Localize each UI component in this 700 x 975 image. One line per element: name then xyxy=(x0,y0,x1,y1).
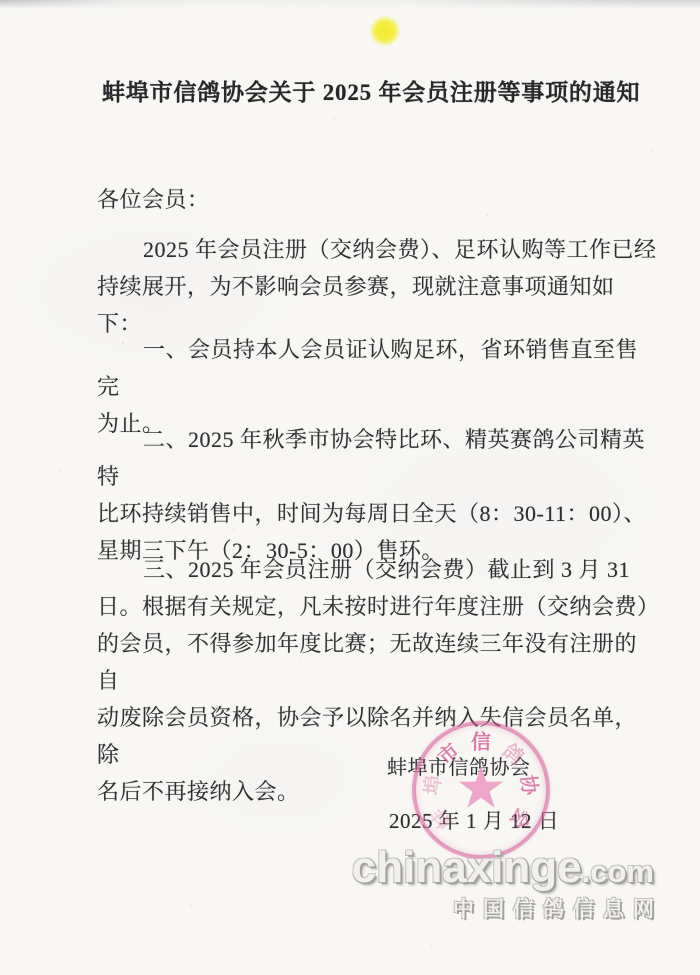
paragraph-line: 名后不再接纳入会。 xyxy=(97,773,657,810)
watermark-site-name-chinese: 中国信鸽信息网 xyxy=(352,893,663,923)
yellow-dot-artifact xyxy=(370,16,400,46)
issuer-signature: 蚌埠市信鸽协会 xyxy=(387,750,531,787)
chinaxinge-watermark: chinaxinge.com 中国信鸽信息网 xyxy=(352,846,654,923)
issue-date: 2025 年 1 月 12 日 xyxy=(389,803,559,840)
paragraph-line: 一、会员持本人会员证认购足环，省环销售直至售完 xyxy=(97,331,657,405)
paragraph-line: 二、2025 年秋季市协会特比环、精英赛鸽公司精英特 xyxy=(97,421,657,495)
watermark-site-name: chinaxinge.com xyxy=(352,846,654,890)
paragraph-line: 三、2025 年会员注册（交纳会费）截止到 3 月 31 xyxy=(97,551,657,588)
paragraph-line: 2025 年会员注册（交纳会费）、足环认购等工作已经 xyxy=(97,231,657,268)
paragraph-line: 日。根据有关规定，凡未按时进行年度注册（交纳会费） xyxy=(97,588,657,625)
watermark-domain-suffix: .com xyxy=(582,854,654,889)
scan-noise-speckles xyxy=(0,0,2,2)
salutation: 各位会员： xyxy=(97,181,210,218)
paragraph-line: 的会员，不得参加年度比赛；无故连续三年没有注册的自 xyxy=(97,625,657,699)
scanned-notice-page: 蚌埠市信鸽协会关于 2025 年会员注册等事项的通知 各位会员： 2025 年会… xyxy=(0,0,700,975)
notice-title: 蚌埠市信鸽协会关于 2025 年会员注册等事项的通知 xyxy=(102,74,640,107)
paragraph-item-3: 三、2025 年会员注册（交纳会费）截止到 3 月 31 日。根据有关规定，凡未… xyxy=(97,551,657,810)
paragraph-line: 比环持续销售中，时间为每周日全天（8：30-11：00）、 xyxy=(97,495,657,532)
scan-top-edge xyxy=(0,0,700,9)
watermark-site-text: chinaxinge xyxy=(352,843,582,892)
paragraph-line: 动废除会员资格，协会予以除名并纳入失信会员名单，除 xyxy=(97,699,657,773)
paragraph-intro: 2025 年会员注册（交纳会费）、足环认购等工作已经 持续展开，为不影响会员参赛… xyxy=(97,231,657,342)
paragraph-item-2: 二、2025 年秋季市协会特比环、精英赛鸽公司精英特 比环持续销售中，时间为每周… xyxy=(97,421,657,569)
